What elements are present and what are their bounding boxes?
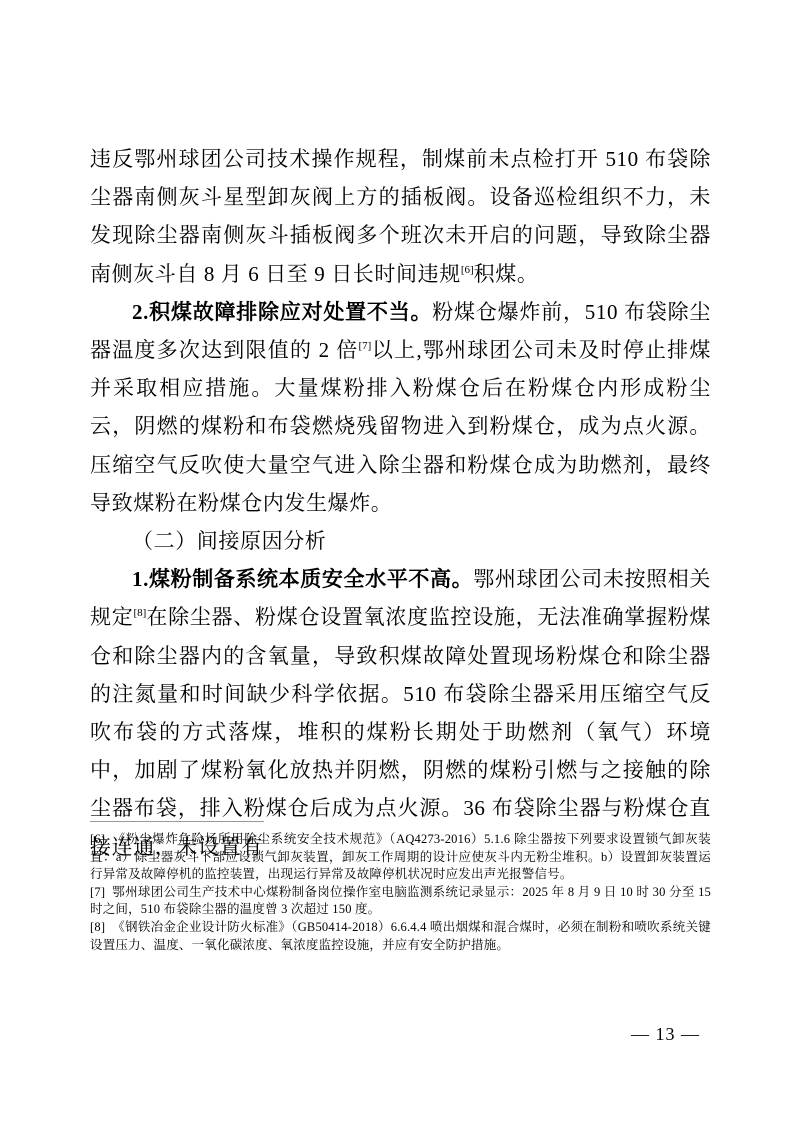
footnote-text: 鄂州球团公司生产技术中心煤粉制备岗位操作室电脑监测系统记录显示：2025 年 8… <box>90 885 711 917</box>
footnote-marker: [8] <box>90 920 105 934</box>
paragraph-direct-cause-continuation: 违反鄂州球团公司技术操作规程，制煤前未点检打开 510 布袋除尘器南侧灰斗星型卸… <box>90 140 711 293</box>
footnote-ref-7: [7] <box>358 340 371 352</box>
footnote-6: [6]《粉尘爆炸危险场所用除尘系统安全技术规范》（AQ4273-2016）5.1… <box>90 831 711 884</box>
paragraph-text: 违反鄂州球团公司技术操作规程，制煤前未点检打开 510 布袋除尘器南侧灰斗星型卸… <box>90 147 711 286</box>
paragraph-text: 积煤。 <box>474 262 539 286</box>
paragraph-bold-lead: 1.煤粉制备系统本质安全水平不高。 <box>132 567 473 591</box>
footnote-separator <box>90 821 264 822</box>
document-page: 违反鄂州球团公司技术操作规程，制煤前未点检打开 510 布袋除尘器南侧灰斗星型卸… <box>0 0 800 1131</box>
page-number: — 13 — <box>631 1024 700 1045</box>
document-body: 违反鄂州球团公司技术操作规程，制煤前未点检打开 510 布袋除尘器南侧灰斗星型卸… <box>90 140 711 866</box>
section-heading-indirect-causes: （二）间接原因分析 <box>90 522 711 560</box>
footnote-8: [8]《钢铁冶金企业设计防火标准》（GB50414-2018）6.6.4.4 喷… <box>90 919 711 954</box>
footnotes-section: [6]《粉尘爆炸危险场所用除尘系统安全技术规范》（AQ4273-2016）5.1… <box>90 821 711 954</box>
footnote-ref-6: [6] <box>461 264 474 276</box>
footnote-ref-8: [8] <box>133 607 146 619</box>
section-heading-text: （二）间接原因分析 <box>132 529 326 553</box>
paragraph-text: 以上,鄂州球团公司未及时停止排煤并采取相应措施。大量煤粉排入粉煤仓后在粉煤仓内形… <box>90 338 711 515</box>
paragraph-bold-lead: 2.积煤故障排除应对处置不当。 <box>132 300 432 324</box>
footnote-marker: [7] <box>90 885 105 899</box>
footnote-text: 《钢铁冶金企业设计防火标准》（GB50414-2018）6.6.4.4 喷出烟煤… <box>90 920 711 952</box>
paragraph-direct-cause-2: 2.积煤故障排除应对处置不当。粉煤仓爆炸前，510 布袋除尘器温度多次达到限值的… <box>90 293 711 522</box>
footnote-marker: [6] <box>90 832 105 846</box>
footnote-7: [7]鄂州球团公司生产技术中心煤粉制备岗位操作室电脑监测系统记录显示：2025 … <box>90 884 711 919</box>
footnote-text: 《粉尘爆炸危险场所用除尘系统安全技术规范》（AQ4273-2016）5.1.6 … <box>90 832 711 881</box>
